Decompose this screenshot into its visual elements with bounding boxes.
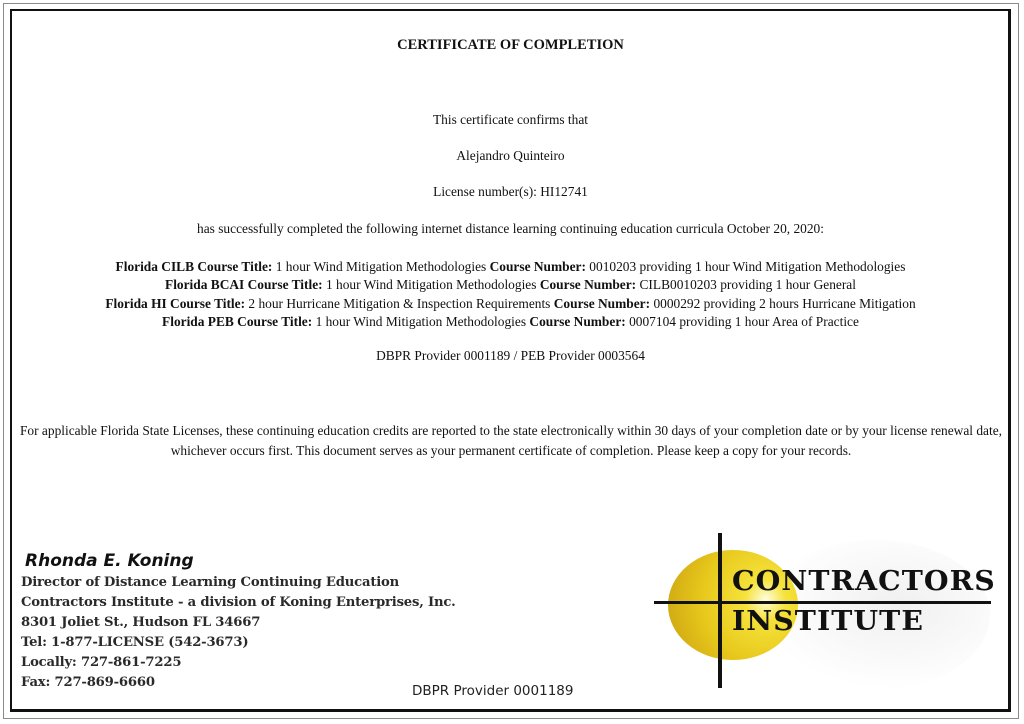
course-providing: providing 1 hour Wind Mitigation Methodo… — [640, 259, 906, 274]
course-line-hi: Florida HI Course Title: 2 hour Hurrican… — [12, 295, 1009, 313]
course-board-label: Florida HI Course Title: — [105, 296, 245, 311]
course-providing: providing 1 hour General — [720, 277, 856, 292]
logo-text-line1: CONTRACTORS — [732, 567, 996, 597]
course-number: CILB0010203 — [640, 277, 717, 292]
license-number: License number(s): HI12741 — [12, 184, 1009, 200]
certificate-title: CERTIFICATE OF COMPLETION — [12, 37, 1009, 53]
logo-crosshair-vertical — [718, 533, 722, 688]
course-title: 2 hour Hurricane Mitigation & Inspection… — [248, 296, 550, 311]
course-board-label: Florida PEB Course Title: — [162, 314, 312, 329]
completion-statement: has successfully completed the following… — [12, 221, 1009, 237]
course-line-cilb: Florida CILB Course Title: 1 hour Wind M… — [12, 258, 1009, 276]
phone-local: Locally: 727-861-7225 — [21, 653, 456, 673]
course-number: 0000292 — [653, 296, 700, 311]
course-number: 0007104 — [629, 314, 676, 329]
reporting-notice: For applicable Florida State Licenses, t… — [16, 421, 1006, 460]
footer-provider-number: DBPR Provider 0001189 — [412, 683, 573, 699]
address: 8301 Joliet St., Hudson FL 34667 — [21, 613, 456, 633]
course-number-label: Course Number: — [529, 314, 625, 329]
signer-name: Rhonda E. Koning — [25, 549, 456, 573]
logo-crosshair-horizontal — [654, 601, 991, 604]
provider-numbers: DBPR Provider 0001189 / PEB Provider 000… — [12, 348, 1009, 364]
course-providing: providing 2 hours Hurricane Mitigation — [704, 296, 916, 311]
course-title: 1 hour Wind Mitigation Methodologies — [276, 259, 486, 274]
course-line-bcai: Florida BCAI Course Title: 1 hour Wind M… — [12, 276, 1009, 294]
course-title: 1 hour Wind Mitigation Methodologies — [316, 314, 526, 329]
course-line-peb: Florida PEB Course Title: 1 hour Wind Mi… — [12, 313, 1009, 331]
course-board-label: Florida BCAI Course Title: — [165, 277, 323, 292]
course-board-label: Florida CILB Course Title: — [116, 259, 273, 274]
course-number-label: Course Number: — [490, 259, 586, 274]
course-number-label: Course Number: — [554, 296, 650, 311]
course-providing: providing 1 hour Area of Practice — [679, 314, 859, 329]
recipient-name: Alejandro Quinteiro — [12, 148, 1009, 164]
organization-name: Contractors Institute - a division of Ko… — [21, 593, 456, 613]
logo-text-line2: INSTITUTE — [732, 607, 924, 637]
contractors-institute-logo: CONTRACTORS INSTITUTE — [650, 530, 995, 705]
course-number: 0010203 — [589, 259, 636, 274]
intro-text: This certificate confirms that — [12, 112, 1009, 128]
course-title: 1 hour Wind Mitigation Methodologies — [326, 277, 536, 292]
phone-tollfree: Tel: 1-877-LICENSE (542-3673) — [21, 633, 456, 653]
contact-block: Rhonda E. Koning Director of Distance Le… — [21, 549, 456, 693]
signer-title: Director of Distance Learning Continuing… — [21, 573, 456, 593]
course-list: Florida CILB Course Title: 1 hour Wind M… — [12, 258, 1009, 332]
course-number-label: Course Number: — [540, 277, 636, 292]
fax: Fax: 727-869-6660 — [21, 673, 456, 693]
